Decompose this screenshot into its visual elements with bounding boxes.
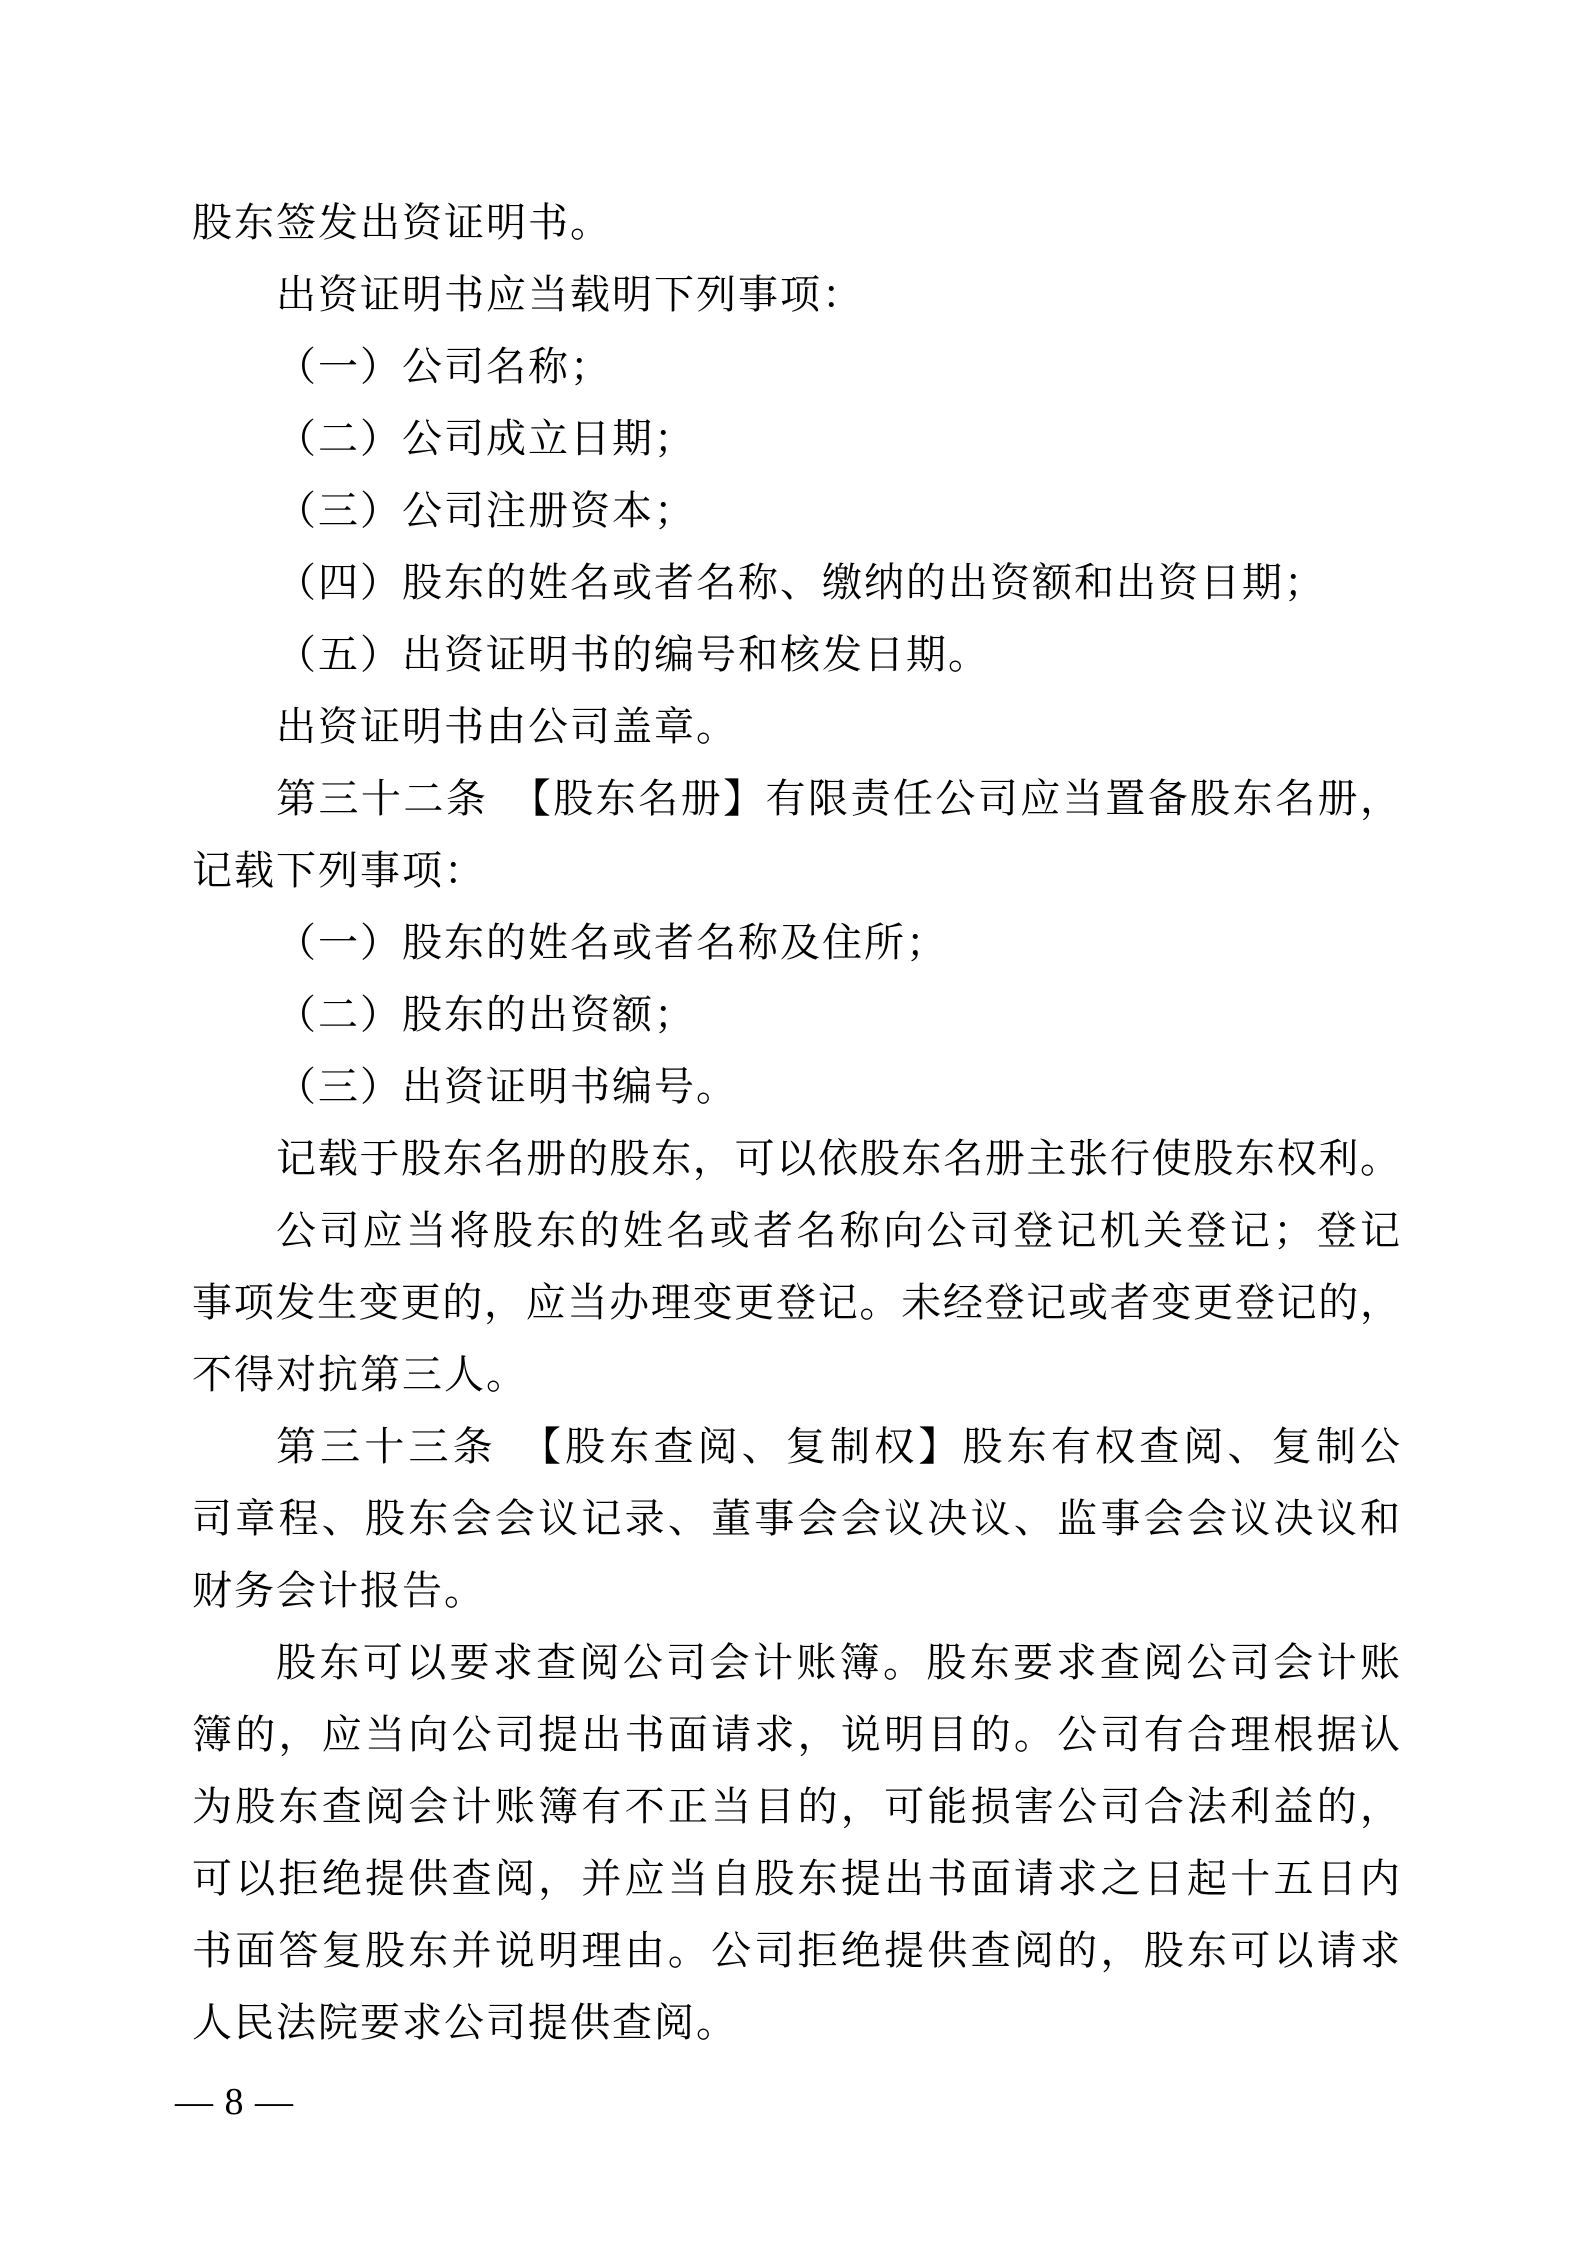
text-line: （二）公司成立日期； — [192, 403, 1400, 475]
text-line: 财务会计报告。 — [192, 1555, 1400, 1627]
document-body: 股东签发出资证明书。 出资证明书应当载明下列事项： （一）公司名称； （二）公司… — [192, 187, 1400, 2059]
text-line: 司章程、股东会会议记录、董事会会议决议、监事会会议决议和 — [192, 1483, 1400, 1555]
text-line: 出资证明书由公司盖章。 — [192, 691, 1400, 763]
text-line: （三）出资证明书编号。 — [192, 1051, 1400, 1123]
text-line: （三）公司注册资本； — [192, 475, 1400, 547]
text-line: 不得对抗第三人。 — [192, 1339, 1400, 1411]
text-line: 可以拒绝提供查阅，并应当自股东提出书面请求之日起十五日内 — [192, 1843, 1400, 1915]
text-line: 人民法院要求公司提供查阅。 — [192, 1987, 1400, 2059]
text-line: 股东可以要求查阅公司会计账簿。股东要求查阅公司会计账 — [192, 1627, 1400, 1699]
text-line: 簿的，应当向公司提出书面请求，说明目的。公司有合理根据认 — [192, 1699, 1400, 1771]
text-line: 记载于股东名册的股东，可以依股东名册主张行使股东权利。 — [192, 1123, 1400, 1195]
text-line: （五）出资证明书的编号和核发日期。 — [192, 619, 1400, 691]
text-line: 公司应当将股东的姓名或者名称向公司登记机关登记；登记 — [192, 1195, 1400, 1267]
text-line: 出资证明书应当载明下列事项： — [192, 259, 1400, 331]
text-line: 第三十三条 【股东查阅、复制权】股东有权查阅、复制公 — [192, 1411, 1400, 1483]
text-line: 记载下列事项： — [192, 835, 1400, 907]
text-line: 为股东查阅会计账簿有不正当目的，可能损害公司合法利益的， — [192, 1771, 1400, 1843]
page-number: — 8 — — [175, 2072, 294, 2132]
text-line: 第三十二条 【股东名册】有限责任公司应当置备股东名册， — [192, 763, 1400, 835]
text-line: （四）股东的姓名或者名称、缴纳的出资额和出资日期； — [192, 547, 1400, 619]
text-line: （一）公司名称； — [192, 331, 1400, 403]
text-line: （二）股东的出资额； — [192, 979, 1400, 1051]
document-page: 股东签发出资证明书。 出资证明书应当载明下列事项： （一）公司名称； （二）公司… — [0, 0, 1587, 2245]
text-line: 书面答复股东并说明理由。公司拒绝提供查阅的，股东可以请求 — [192, 1915, 1400, 1987]
text-line: （一）股东的姓名或者名称及住所； — [192, 907, 1400, 979]
text-line: 股东签发出资证明书。 — [192, 187, 1400, 259]
text-line: 事项发生变更的，应当办理变更登记。未经登记或者变更登记的， — [192, 1267, 1400, 1339]
